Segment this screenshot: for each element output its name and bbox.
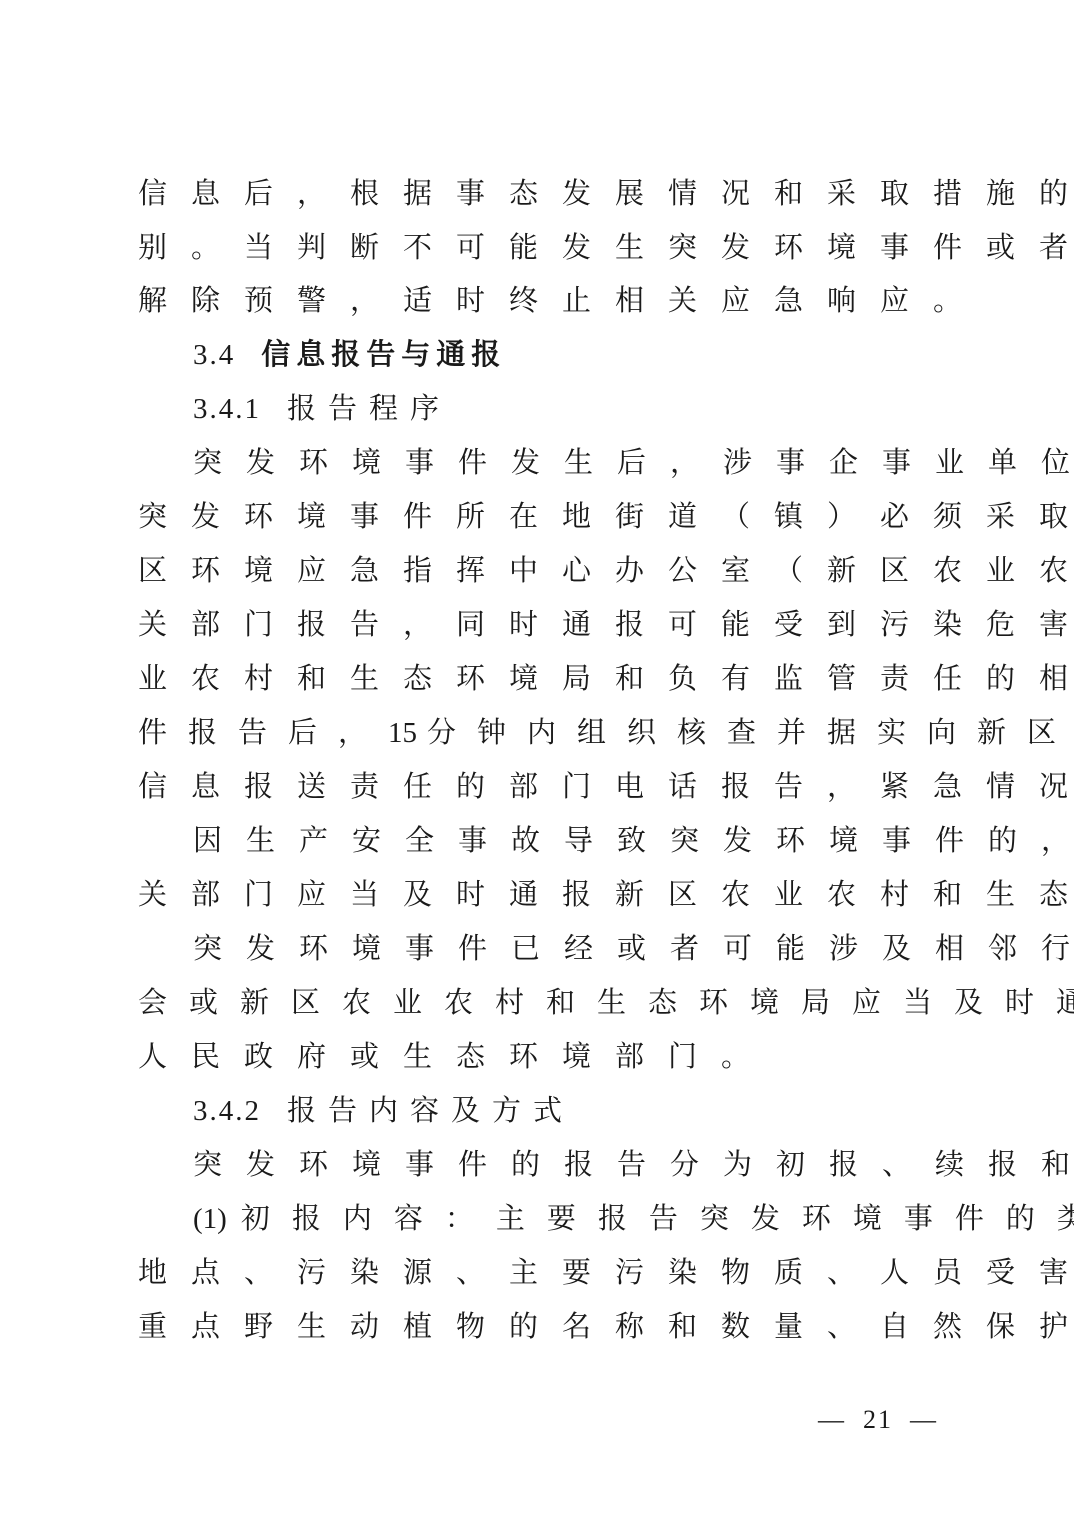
paragraph-line: 突发环境事件发生后，涉事企事业单位、其他生产经营者、 [193, 435, 1003, 489]
number-span: 15 [388, 717, 417, 749]
document-page: 信息后，根据事态发展情况和采取措施的效果，适时调整预警级 别。当判断不可能发生突… [0, 0, 1074, 1520]
text-span: 件报告后， [138, 715, 388, 749]
paragraph-line: 别。当判断不可能发生突发环境事件或者危险已经消除时，宣布 [138, 220, 948, 274]
paragraph-line: 业农村和生态环境局和负有监管责任的相关部门接到突发环境事 [138, 651, 948, 705]
paragraph-line: 信息报送责任的部门电话报告，紧急情况下可以越级上报。 [138, 759, 948, 813]
paragraph-line: 件报告后，15分钟内组织核查并据实向新区党工委、管委会及有 [138, 705, 948, 759]
paragraph-line: (1)初报内容：主要报告突发环境事件的类型、发生时间、 [193, 1191, 1003, 1245]
paragraph-line: 突发环境事件所在地街道（镇）必须采取应对措施，并立即向新 [138, 489, 948, 543]
paragraph-line: 突发环境事件的报告分为初报、续报和处置结果报告三类。 [193, 1137, 1003, 1191]
paragraph-line: 区环境应急指挥中心办公室（新区农业农村和生态环境局）和相 [138, 543, 948, 597]
section-number: 3.4 [193, 339, 235, 371]
section-heading-3-4: 3.4信息报告与通报 [193, 327, 1003, 381]
text-span: 分钟内组织核查并据实向新区党工委、管委会及有 [427, 715, 1074, 749]
paragraph-line: 突发环境事件已经或者可能涉及相邻行政区域的，新区管委 [193, 921, 1003, 975]
dash-right: — [893, 1405, 938, 1434]
list-marker: (1) [193, 1203, 227, 1235]
paragraph-line: 信息后，根据事态发展情况和采取措施的效果，适时调整预警级 [138, 166, 948, 220]
paragraph-line: 关部门报告，同时通报可能受到污染危害的单位和居民。新区农 [138, 597, 948, 651]
page-number: — 21 — [818, 1405, 938, 1435]
section-heading-3-4-2: 3.4.2报告内容及方式 [193, 1083, 1003, 1137]
section-title: 信息报告与通报 [261, 337, 506, 371]
section-title: 报告程序 [287, 391, 451, 425]
dash-left: — [818, 1405, 863, 1434]
paragraph-line: 重点野生动植物的名称和数量、自然保护区受害面积及程度、事 [138, 1299, 948, 1353]
section-number: 3.4.2 [193, 1095, 261, 1127]
page-number-value: 21 [863, 1405, 893, 1434]
paragraph-line: 会或新区农业农村和生态环境局应当及时通报相邻区（县、市） [138, 975, 948, 1029]
paragraph-line: 地点、污染源、主要污染物质、人员受害情况、捕杀或砍伐国家 [138, 1245, 948, 1299]
text-span: 初报内容：主要报告突发环境事件的类型、发生时间、 [241, 1201, 1074, 1235]
section-heading-3-4-1: 3.4.1报告程序 [193, 381, 1003, 435]
section-title: 报告内容及方式 [287, 1093, 574, 1127]
paragraph-line: 人民政府或生态环境部门。 [138, 1029, 948, 1083]
section-number: 3.4.1 [193, 393, 261, 425]
paragraph-line: 解除预警，适时终止相关应急响应。 [138, 273, 948, 327]
paragraph-line: 关部门应当及时通报新区农业农村和生态环境局。 [138, 867, 948, 921]
paragraph-line: 因生产安全事故导致突发环境事件的，新区应急管理局等有 [193, 813, 1003, 867]
